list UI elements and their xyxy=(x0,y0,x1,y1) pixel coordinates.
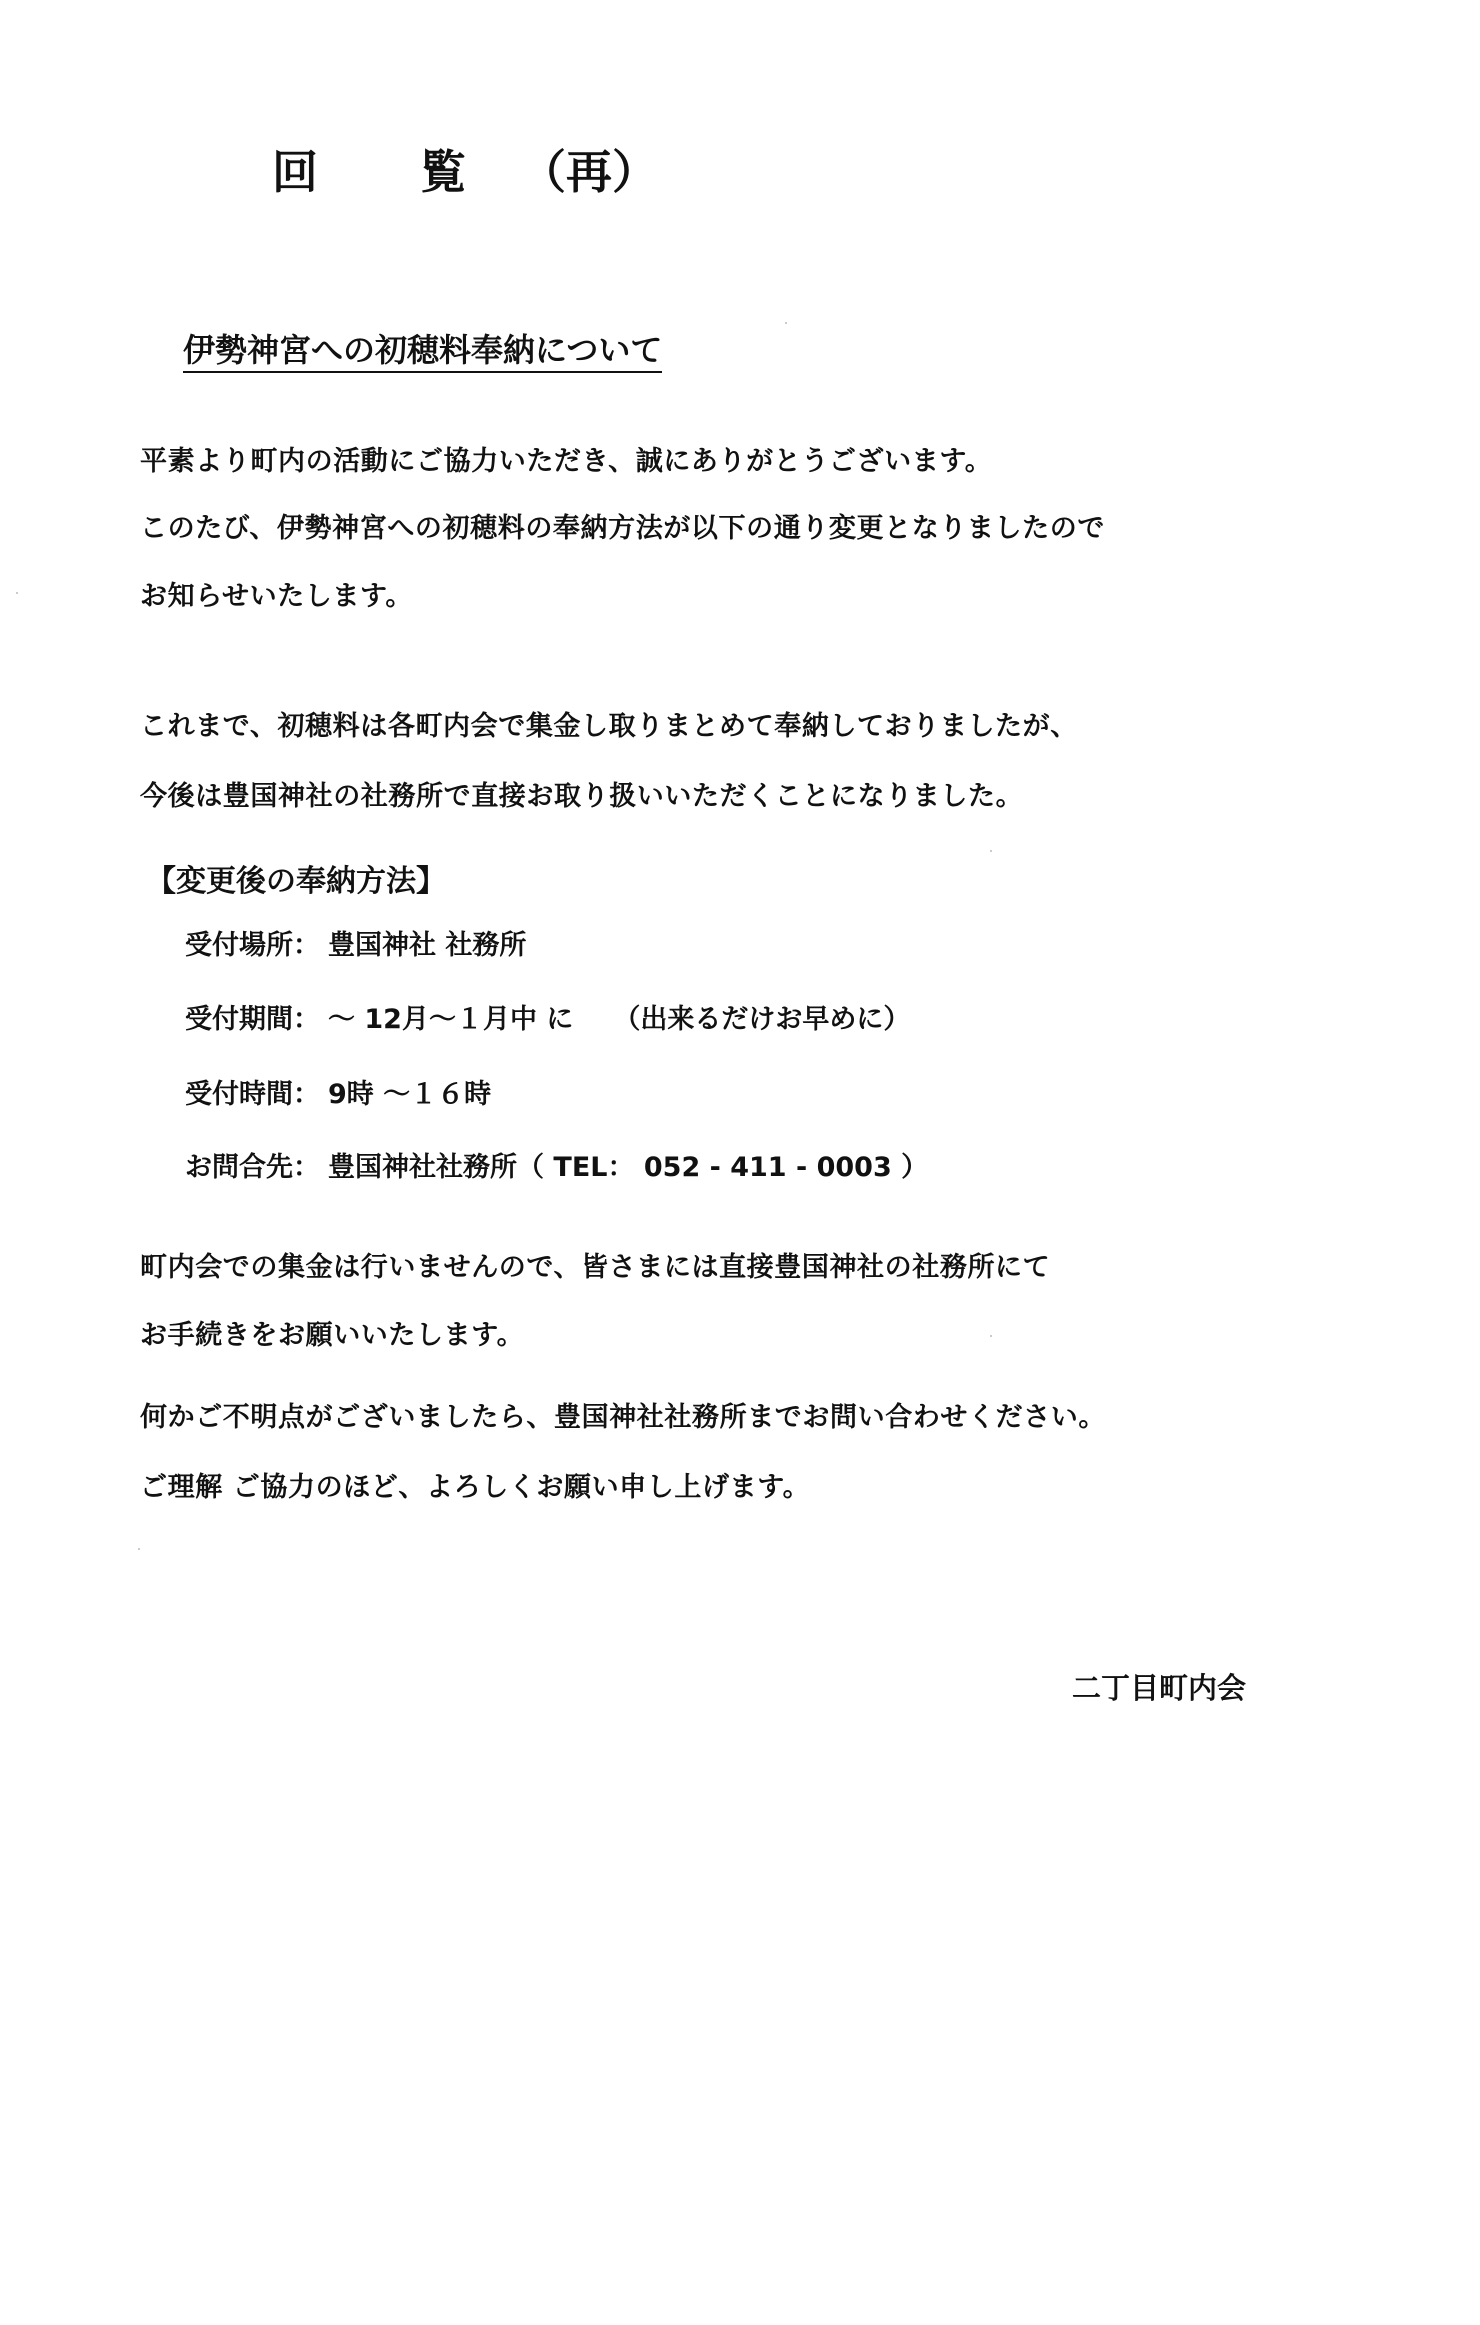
scan-speck xyxy=(16,592,18,594)
detail-location: 受付場所：豊国神社 社務所 xyxy=(185,929,526,963)
detail-value: 9時 ～１６時 xyxy=(328,1078,491,1112)
document-page: 回 覧 （再） 伊勢神宮への初穂料奉納について 平素より町内の活動にご協力いただ… xyxy=(0,0,1480,2325)
title-char-sai: （再） xyxy=(520,146,658,198)
detail-note: （出来るだけお早めに） xyxy=(613,1003,910,1037)
closing-line-4: ご理解 ご協力のほど、よろしくお願い申し上げます。 xyxy=(140,1471,810,1505)
title-char-kai: 回 xyxy=(272,146,318,198)
detail-value: 豊国神社 社務所 xyxy=(328,929,526,963)
change-notice-line-1: これまで、初穂料は各町内会で集金し取りまとめて奉納しておりましたが、 xyxy=(140,710,1078,744)
closing-line-1: 町内会での集金は行いませんので、皆さまには直接豊国神社の社務所にて xyxy=(140,1251,1050,1285)
closing-line-3: 何かご不明点がございましたら、豊国神社社務所までお問い合わせください。 xyxy=(140,1401,1106,1435)
intro-line-3: お知らせいたします。 xyxy=(140,580,413,614)
detail-label: 受付時間： xyxy=(185,1078,320,1112)
scan-speck xyxy=(990,1335,992,1337)
detail-period: 受付期間：～ 12月～１月中 に（出来るだけお早めに） xyxy=(185,1003,910,1037)
scan-speck xyxy=(138,1548,140,1550)
intro-line-1: 平素より町内の活動にご協力いただき、誠にありがとうございます。 xyxy=(140,445,992,479)
new-method-heading: 【変更後の奉納方法】 xyxy=(146,864,446,900)
document-subject: 伊勢神宮への初穂料奉納について xyxy=(183,330,662,373)
detail-label: 受付期間： xyxy=(185,1003,320,1037)
signature: 二丁目町内会 xyxy=(1072,1670,1246,1706)
detail-label: お問合先： xyxy=(185,1151,320,1185)
detail-contact: お問合先：豊国神社社務所（ TEL： 052 - 411 - 0003 ） xyxy=(185,1151,928,1185)
closing-line-2: お手続きをお願いいたします。 xyxy=(140,1319,524,1353)
intro-line-2: このたび、伊勢神宮への初穂料の奉納方法が以下の通り変更となりましたので xyxy=(140,512,1105,546)
title-char-ran: 覧 xyxy=(420,146,466,198)
change-notice-line-2: 今後は豊国神社の社務所で直接お取り扱いいただくことになりました。 xyxy=(140,780,1023,814)
scan-speck xyxy=(785,322,787,324)
detail-label: 受付場所： xyxy=(185,929,320,963)
scan-speck xyxy=(990,850,992,852)
detail-value: 豊国神社社務所（ TEL： 052 - 411 - 0003 ） xyxy=(328,1151,928,1185)
detail-value: ～ 12月～１月中 に xyxy=(328,1003,573,1037)
detail-hours: 受付時間：9時 ～１６時 xyxy=(185,1078,491,1112)
